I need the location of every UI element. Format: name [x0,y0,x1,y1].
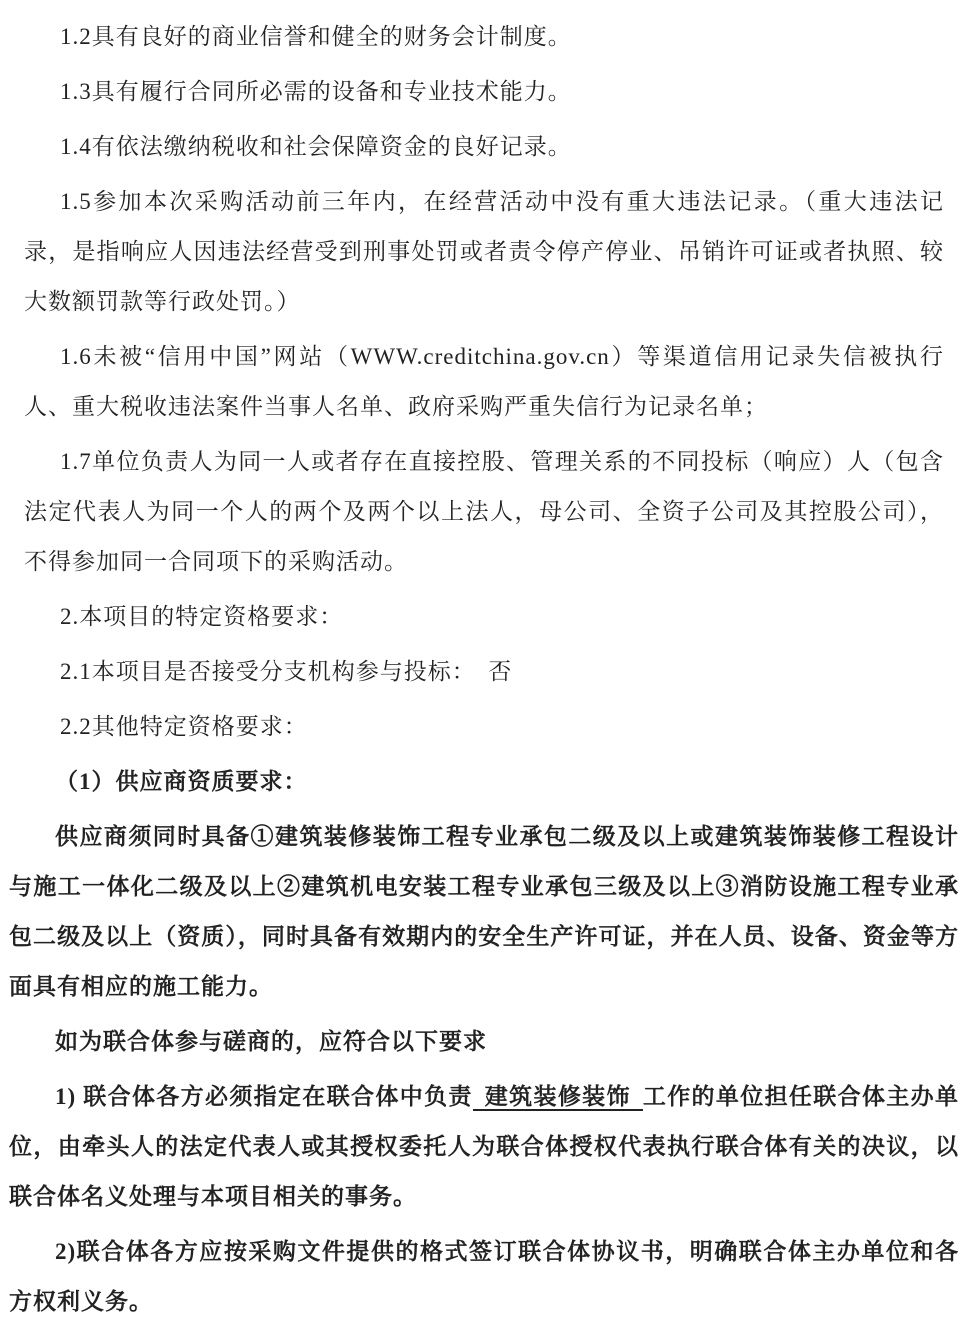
clause-1-6: 1.6未被“信用中国”网站（WWW.creditchina.gov.cn）等渠道… [24,332,944,432]
consortium-specialty-underlined: 建筑装修装饰 [473,1084,643,1111]
clause-1-2: 1.2具有良好的商业信誉和健全的财务会计制度。 [24,12,944,62]
consortium-clause-1: 1) 联合体各方必须指定在联合体中负责建筑装修装饰工作的单位担任联合体主办单位，… [9,1072,959,1222]
clause-2-2-other-requirements: 2.2其他特定资格要求： [24,702,944,752]
consortium-clause-1-prefix: 1) 联合体各方必须指定在联合体中负责 [55,1084,473,1109]
clause-1-5: 1.5参加本次采购活动前三年内，在经营活动中没有重大违法记录。（重大违法记录，是… [24,177,944,327]
document-page: 1.2具有良好的商业信誉和健全的财务会计制度。 1.3具有履行合同所必需的设备和… [0,0,968,1326]
clause-1-3: 1.3具有履行合同所必需的设备和专业技术能力。 [24,67,944,117]
consortium-clause-2: 2)联合体各方应按采购文件提供的格式签订联合体协议书，明确联合体主办单位和各方权… [9,1227,959,1326]
supplier-qualification-detail: 供应商须同时具备①建筑装修装饰工程专业承包二级及以上或建筑装饰装修工程设计与施工… [9,812,959,1012]
consortium-intro: 如为联合体参与磋商的，应符合以下要求 [9,1017,959,1067]
clause-2-heading: 2.本项目的特定资格要求： [24,592,944,642]
clause-2-1-branch-participation: 2.1本项目是否接受分支机构参与投标： 否 [24,647,944,697]
clause-1-4: 1.4有依法缴纳税收和社会保障资金的良好记录。 [24,122,944,172]
supplier-qualification-heading: （1）供应商资质要求： [9,757,959,807]
clause-1-7: 1.7单位负责人为同一人或者存在直接控股、管理关系的不同投标（响应）人（包含法定… [24,437,944,587]
